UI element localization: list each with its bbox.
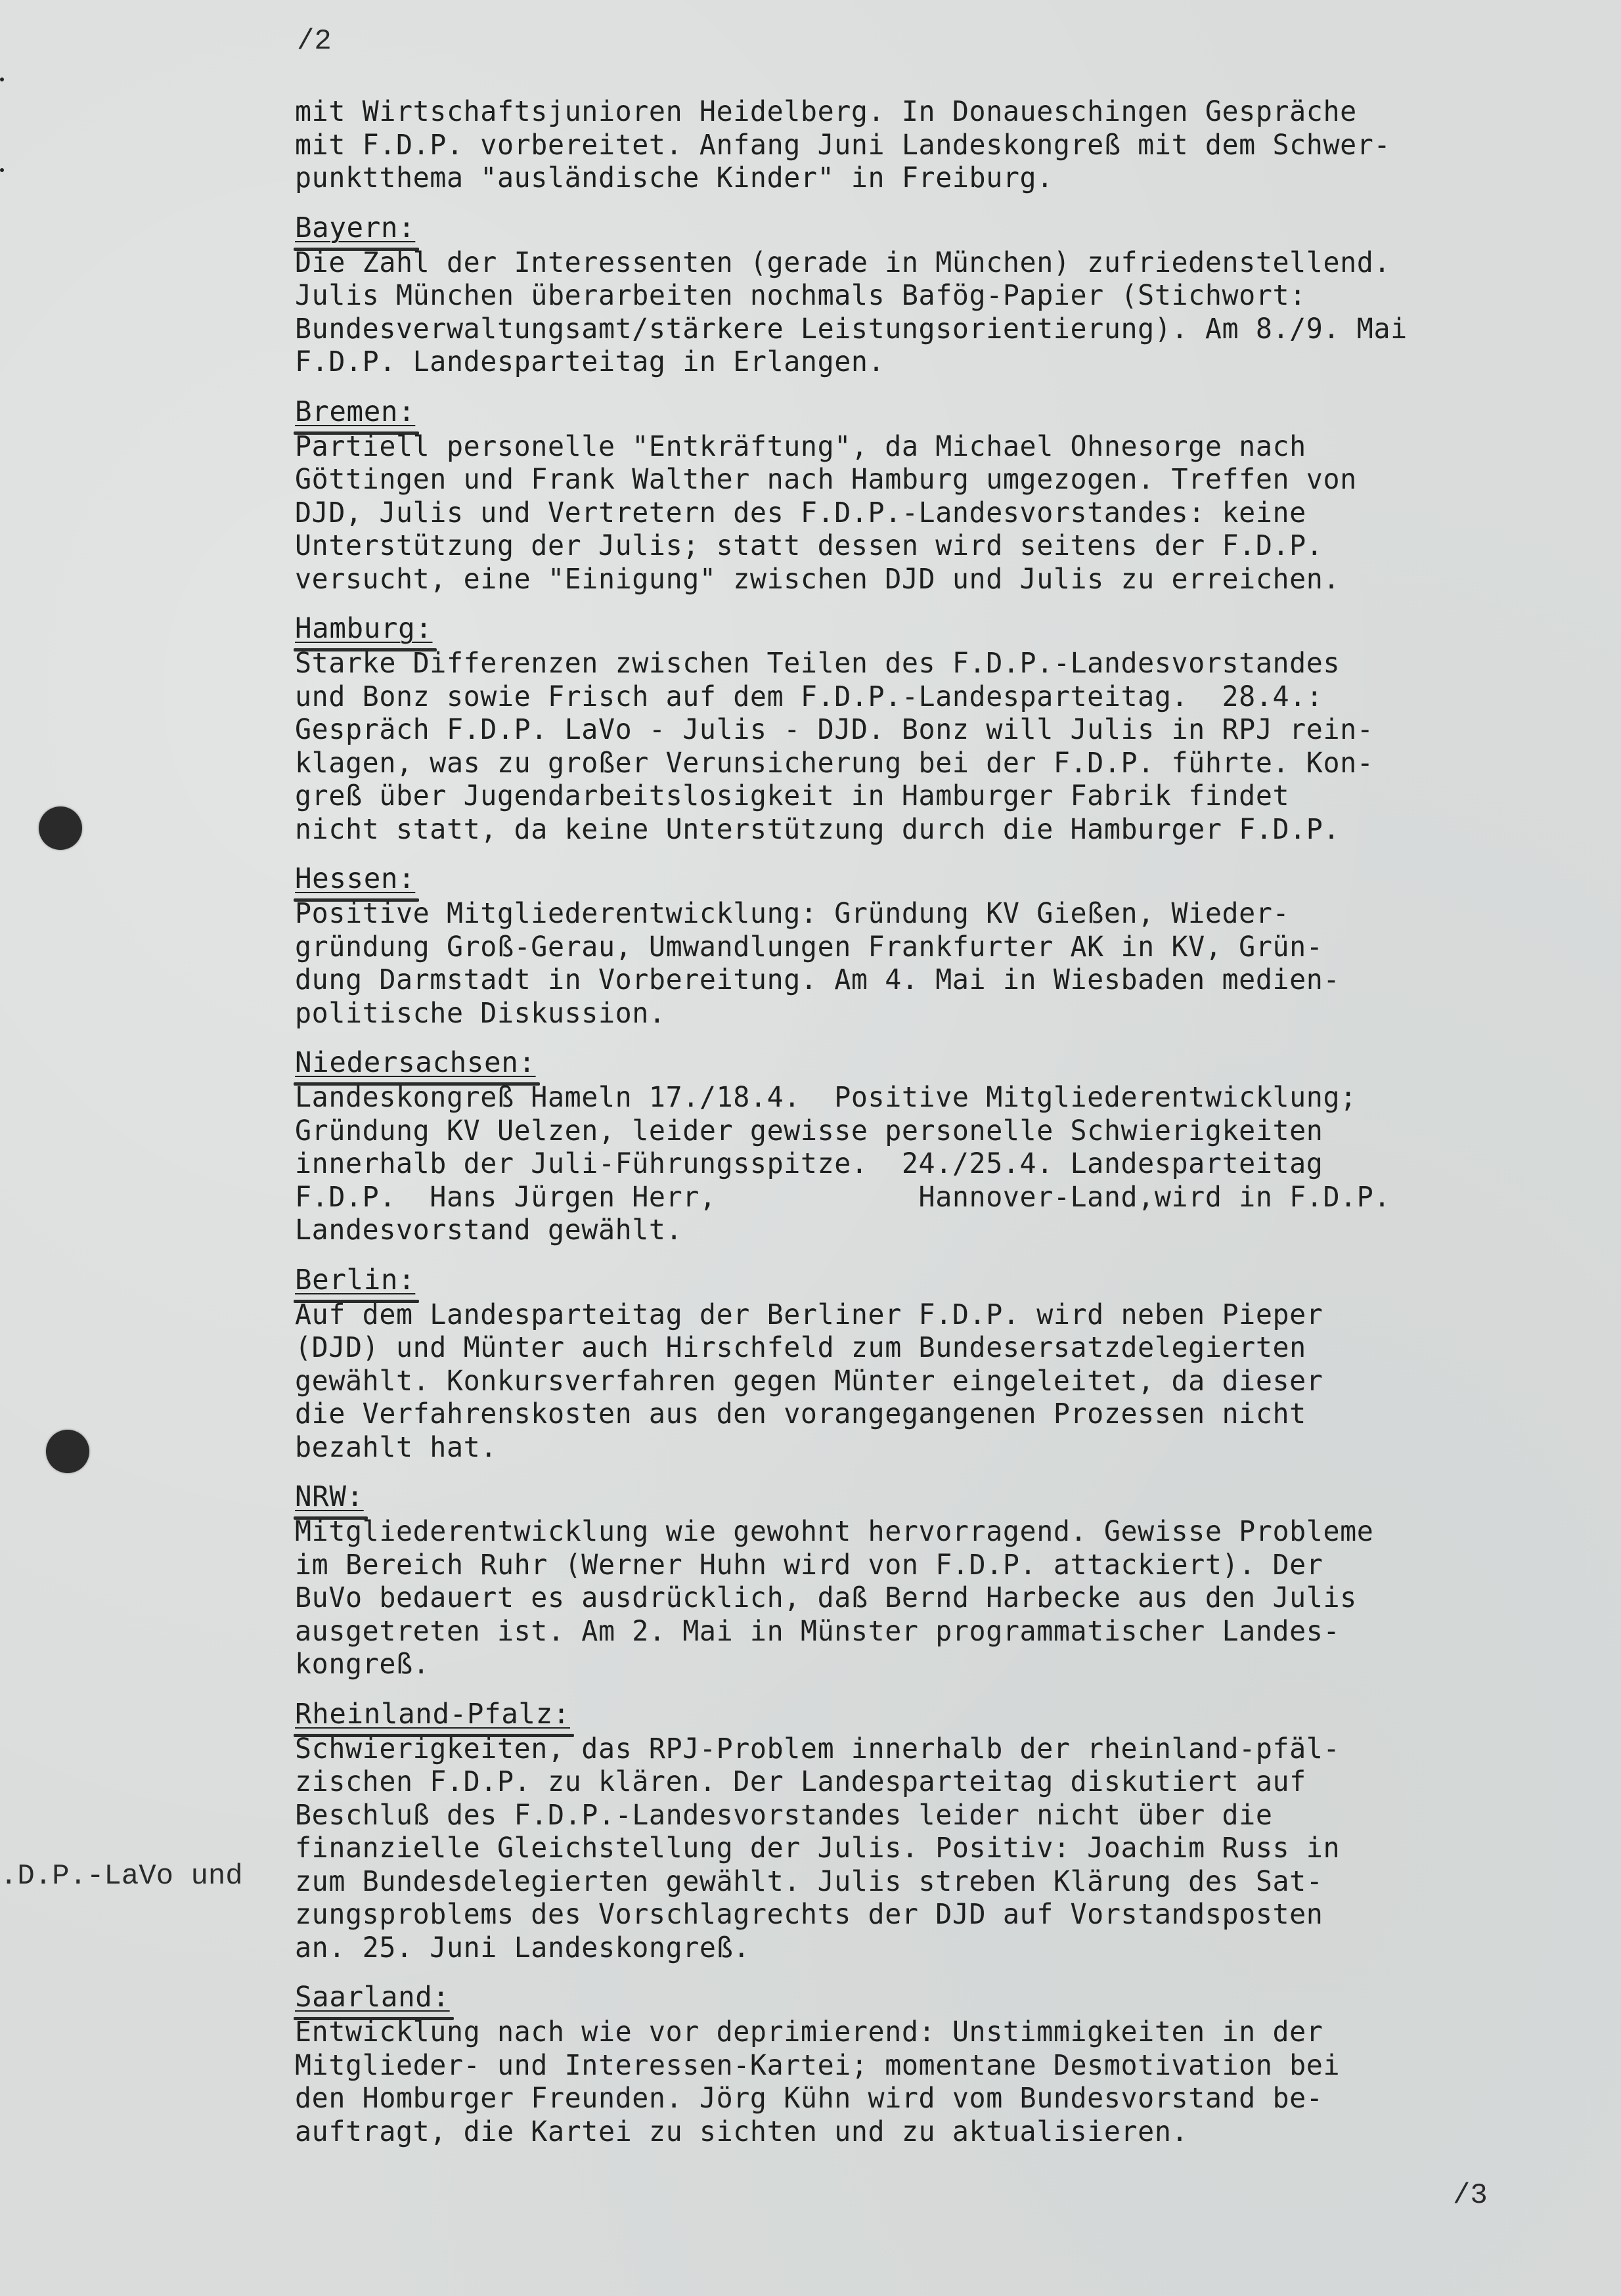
text-line: die Verfahrenskosten aus den vorangegang… (295, 1398, 1576, 1432)
text-line: finanzielle Gleichstellung der Julis. Po… (295, 1832, 1576, 1866)
page-number-bottom: /3 (1453, 2179, 1488, 2212)
text-line: gewählt. Konkursverfahren gegen Münter e… (295, 1365, 1576, 1399)
punch-hole-icon (46, 1430, 89, 1473)
section-heading: Bayern: (295, 213, 415, 247)
text-line: Schwierigkeiten, das RPJ-Problem innerha… (295, 1733, 1576, 1767)
text-line: Positive Mitgliederentwicklung: Gründung… (295, 898, 1576, 931)
text-line: zischen F.D.P. zu klären. Der Landespart… (295, 1766, 1576, 1799)
text-line: innerhalb der Juli-Führungsspitze. 24./2… (295, 1148, 1576, 1181)
section-niedersachsen: Niedersachsen:Landeskongreß Hameln 17./1… (295, 1048, 1602, 1248)
text-line: Landesvorstand gewählt. (295, 1214, 1576, 1248)
text-line: an. 25. Juni Landeskongreß. (295, 1932, 1576, 1966)
text-line: versucht, eine "Einigung" zwischen DJD u… (295, 563, 1576, 597)
text-line: politische Diskussion. (295, 998, 1576, 1031)
section-heading: Bremen: (295, 397, 415, 431)
text-line: Beschluß des F.D.P.-Landesvorstandes lei… (295, 1799, 1576, 1833)
text-line: bezahlt hat. (295, 1432, 1576, 1465)
section-hamburg: Hamburg:Starke Differenzen zwischen Teil… (295, 613, 1602, 847)
section-nrw: NRW:Mitgliederentwicklung wie gewohnt he… (295, 1482, 1602, 1682)
text-line: und Bonz sowie Frisch auf dem F.D.P.-Lan… (295, 681, 1576, 715)
text-line: ausgetreten ist. Am 2. Mai in Münster pr… (295, 1616, 1576, 1649)
section-bremen: Bremen:Partiell personelle "Entkräftung"… (295, 397, 1602, 597)
text-line: zum Bundesdelegierten gewählt. Julis str… (295, 1866, 1576, 1899)
section-berlin: Berlin:Auf dem Landesparteitag der Berli… (295, 1265, 1602, 1465)
section-heading: Saarland: (295, 1982, 450, 2016)
text-line: im Bereich Ruhr (Werner Huhn wird von F.… (295, 1549, 1576, 1583)
text-line: DJD, Julis und Vertretern des F.D.P.-Lan… (295, 497, 1576, 531)
section-heading: Hamburg: (295, 613, 433, 648)
text-line: Gespräch F.D.P. LaVo - Julis - DJD. Bonz… (295, 714, 1576, 747)
margin-note: .D.P.-LaVo und (0, 1860, 243, 1893)
section-rheinland-pfalz: Rheinland-Pfalz:Schwierigkeiten, das RPJ… (295, 1699, 1602, 1966)
edge-mark (0, 77, 4, 81)
punch-hole-icon (39, 806, 82, 850)
text-line: Starke Differenzen zwischen Teilen des F… (295, 648, 1576, 681)
text-line: BuVo bedauert es ausdrücklich, daß Bernd… (295, 1582, 1576, 1616)
section-hessen: Hessen:Positive Mitgliederentwicklung: G… (295, 864, 1602, 1030)
text-line: Mitgliederentwicklung wie gewohnt hervor… (295, 1516, 1576, 1549)
text-line: kongreß. (295, 1648, 1576, 1682)
text-line: klagen, was zu großer Verunsicherung bei… (295, 747, 1576, 781)
text-line: Partiell personelle "Entkräftung", da Mi… (295, 431, 1576, 464)
text-line: auftragt, die Kartei zu sichten und zu a… (295, 2116, 1576, 2150)
section-heading: Rheinland-Pfalz: (295, 1699, 570, 1733)
sections-container: Bayern:Die Zahl der Interessenten (gerad… (295, 213, 1602, 2150)
text-line: mit F.D.P. vorbereitet. Anfang Juni Land… (295, 129, 1576, 163)
text-line: Mitglieder- und Interessen-Kartei; momen… (295, 2050, 1576, 2083)
text-line: F.D.P. Landesparteitag in Erlangen. (295, 346, 1576, 380)
document-body: mit Wirtschaftsjunioren Heidelberg. In D… (295, 96, 1602, 2149)
text-line: Auf dem Landesparteitag der Berliner F.D… (295, 1299, 1576, 1333)
text-line: punktthema "ausländische Kinder" in Frei… (295, 162, 1576, 196)
section-heading: Hessen: (295, 864, 415, 898)
section-bayern: Bayern:Die Zahl der Interessenten (gerad… (295, 213, 1602, 380)
intro-paragraph: mit Wirtschaftsjunioren Heidelberg. In D… (295, 96, 1602, 196)
section-heading: Niedersachsen: (295, 1048, 536, 1082)
text-line: dung Darmstadt in Vorbereitung. Am 4. Ma… (295, 964, 1576, 998)
section-saarland: Saarland:Entwicklung nach wie vor deprim… (295, 1982, 1602, 2149)
text-line: den Homburger Freunden. Jörg Kühn wird v… (295, 2083, 1576, 2116)
text-line: gründung Groß-Gerau, Umwandlungen Frankf… (295, 931, 1576, 965)
text-line: Landeskongreß Hameln 17./18.4. Positive … (295, 1082, 1576, 1115)
text-line: nicht statt, da keine Unterstützung durc… (295, 814, 1576, 847)
text-line: greß über Jugendarbeitslosigkeit in Hamb… (295, 780, 1576, 814)
section-heading: Berlin: (295, 1265, 415, 1299)
text-line: Unterstützung der Julis; statt dessen wi… (295, 530, 1576, 563)
section-heading: NRW: (295, 1482, 364, 1516)
text-line: Entwicklung nach wie vor deprimierend: U… (295, 2016, 1576, 2050)
text-line: Die Zahl der Interessenten (gerade in Mü… (295, 247, 1576, 280)
edge-mark (0, 168, 4, 172)
text-line: Göttingen und Frank Walther nach Hamburg… (295, 464, 1576, 497)
text-line: zungsproblems des Vorschlagrechts der DJ… (295, 1899, 1576, 1932)
text-line: F.D.P. Hans Jürgen Herr, Hannover-Land,w… (295, 1181, 1576, 1215)
text-line: mit Wirtschaftsjunioren Heidelberg. In D… (295, 96, 1576, 129)
text-line: Gründung KV Uelzen, leider gewisse perso… (295, 1115, 1576, 1149)
text-line: Bundesverwaltungsamt/stärkere Leistungso… (295, 313, 1576, 347)
text-line: Julis München überarbeiten nochmals Bafö… (295, 280, 1576, 313)
page-number-top: /2 (297, 25, 332, 58)
text-line: (DJD) und Münter auch Hirschfeld zum Bun… (295, 1332, 1576, 1365)
